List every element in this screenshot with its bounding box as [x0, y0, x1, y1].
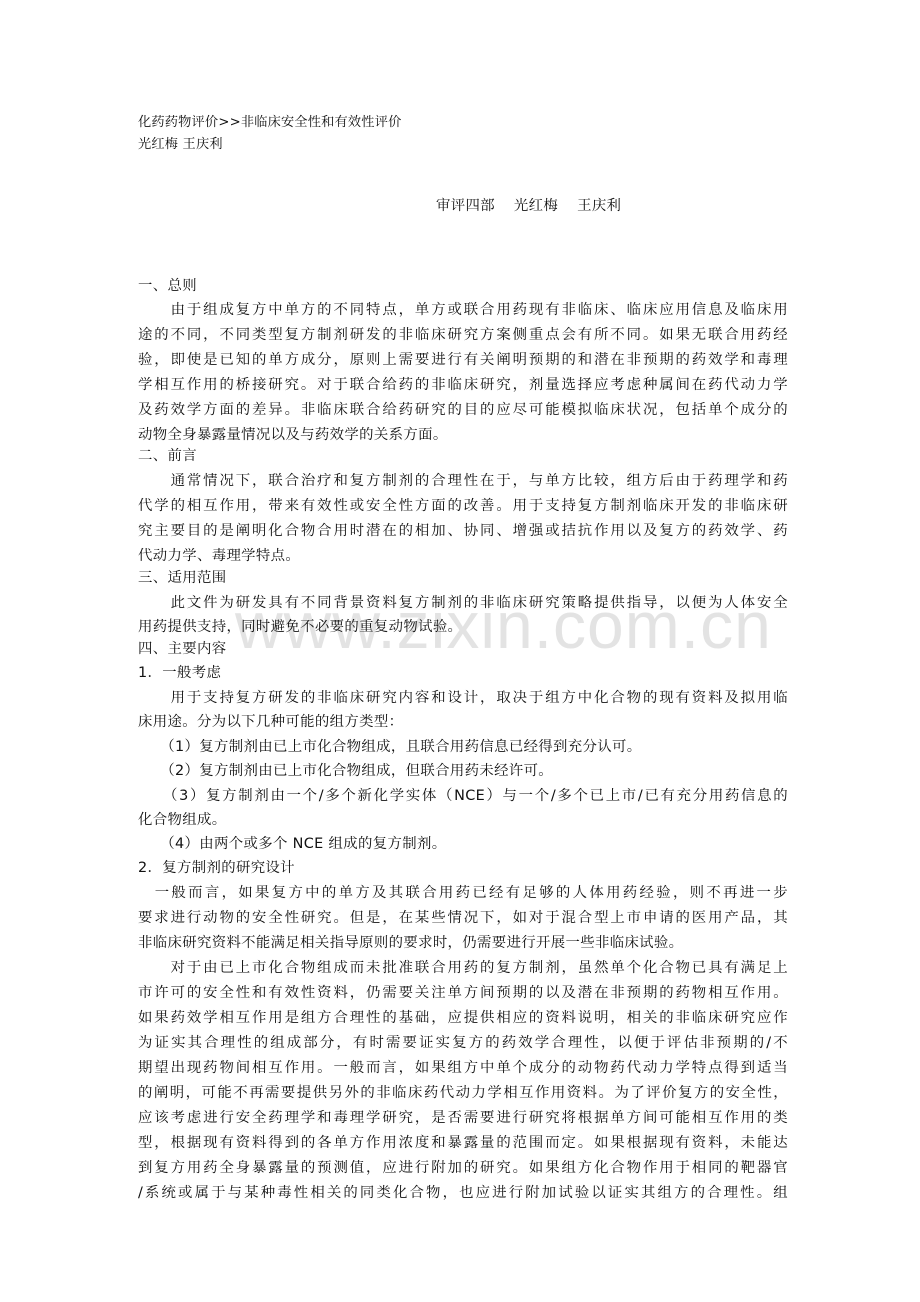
list-item: （3）复方制剂由一个/多个新化学实体（NCE）与一个/多个已上市/已有充分用药信…: [138, 786, 788, 806]
section-heading: 二、前言: [138, 446, 197, 466]
header-authors: 光红梅 王庆利: [138, 135, 223, 155]
paragraph-line: 型，根据现有资料得到的各单方作用浓度和暴露量的范围而定。如果根据现有资料，未能达: [138, 1133, 788, 1153]
paragraph-line: 验，即使是已知的单方成分，原则上需要进行有关阐明预期的和潜在非预期的药效学和毒理: [138, 350, 788, 370]
list-item: （4）由两个或多个 NCE 组成的复方制剂。: [138, 834, 446, 854]
department: 审评四部: [436, 198, 495, 214]
list-item-continuation: 化合物组成。: [138, 810, 226, 830]
paragraph-line: /系统或属于与某种毒性相关的同类化合物，也应进行附加试验以证实其组方的合理性。组: [138, 1183, 788, 1203]
author-name: 王庆利: [577, 198, 621, 214]
paragraph-line: 学相互作用的桥接研究。对于联合给药的非临床研究，剂量选择应考虑种属间在药代动力学: [138, 375, 788, 395]
author-name: 光红梅: [514, 198, 558, 214]
paragraph-line: 对于由已上市化合物组成而未批准联合用药的复方制剂，虽然单个化合物已具有满足上: [138, 958, 788, 978]
paragraph-line: 代学的相互作用，带来有效性或安全性方面的改善。用于支持复方制剂临床开发的非临床研: [138, 496, 788, 516]
paragraph-line: 及药效学方面的差异。非临床联合给药研究的目的应尽可能模拟临床状况，包括单个成分的: [138, 400, 788, 420]
paragraph-line: 途的不同，不同类型复方制剂研发的非临床研究方案侧重点会有所不同。如果无联合用药经: [138, 325, 788, 345]
paragraph-line: 代动力学、毒理学特点。: [138, 546, 300, 566]
paragraph-line: 的阐明，可能不再需要提供另外的非临床药代动力学相互作用资料。为了评价复方的安全性…: [138, 1083, 788, 1103]
subsection-heading: 2．复方制剂的研究设计: [138, 858, 295, 878]
paragraph-line: 用药提供支持，同时避免不必要的重复动物试验。: [138, 617, 462, 637]
paragraph-line: 动物全身暴露量情况以及与药效学的关系方面。: [138, 425, 448, 445]
paragraph-line: 由于组成复方中单方的不同特点，单方或联合用药现有非临床、临床应用信息及临床用: [138, 300, 788, 320]
paragraph-line: 此文件为研发具有不同背景资料复方制剂的非临床研究策略提供指导，以便为人体安全: [138, 593, 788, 613]
paragraph-line: 非临床研究资料不能满足相关指导原则的要求时，仍需要进行开展一些非临床试验。: [138, 933, 683, 953]
paragraph-line: 用于支持复方研发的非临床研究内容和设计，取决于组方中化合物的现有资料及拟用临: [138, 688, 788, 708]
paragraph-line: 要求进行动物的安全性研究。但是，在某些情况下，如对于混合型上市申请的医用产品，其: [138, 908, 788, 928]
byline: 审评四部 光红梅 王庆利: [436, 196, 621, 216]
list-item: （2）复方制剂由已上市化合物组成，但联合用药未经许可。: [138, 761, 553, 781]
paragraph-line: 市许可的安全性和有效性资料，仍需要关注单方间预期的以及潜在非预期的药物相互作用。: [138, 983, 788, 1003]
paragraph-line: 期望出现药物间相互作用。一般而言，如果组方中单个成分的动物药代动力学特点得到适当: [138, 1058, 788, 1078]
section-heading: 一、总则: [138, 276, 197, 296]
paragraph-line: 究主要目的是阐明化合物合用时潜在的相加、协同、增强或拮抗作用以及复方的药效学、药: [138, 521, 788, 541]
document-page: 化药药物评价>>非临床安全性和有效性评价 光红梅 王庆利 审评四部 光红梅 王庆…: [0, 0, 920, 1302]
paragraph-line: 通常情况下，联合治疗和复方制剂的合理性在于，与单方比较，组方后由于药理学和药: [138, 471, 788, 491]
paragraph-line: 一般而言，如果复方中的单方及其联合用药已经有足够的人体用药经验，则不再进一步: [138, 883, 788, 903]
paragraph-line: 到复方用药全身暴露量的预测值，应进行附加的研究。如果组方化合物作用于相同的靶器官: [138, 1158, 788, 1178]
paragraph-line: 为证实其合理性的组成部分，有时需要证实复方的药效学合理性，以便于评估非预期的/不: [138, 1033, 788, 1053]
list-item: （1）复方制剂由已上市化合物组成，且联合用药信息已经得到充分认可。: [138, 737, 642, 757]
paragraph-line: 应该考虑进行安全药理学和毒理学研究，是否需要进行研究将根据单方间可能相互作用的类: [138, 1108, 788, 1128]
section-heading: 四、主要内容: [138, 639, 226, 659]
subsection-heading: 1．一般考虑: [138, 663, 221, 683]
paragraph-line: 如果药效学相互作用是组方合理性的基础，应提供相应的资料说明，相关的非临床研究应作: [138, 1008, 788, 1028]
paragraph-line: 床用途。分为以下几种可能的组方类型：: [138, 712, 403, 732]
section-heading: 三、适用范围: [138, 568, 226, 588]
breadcrumb: 化药药物评价>>非临床安全性和有效性评价: [138, 113, 401, 133]
